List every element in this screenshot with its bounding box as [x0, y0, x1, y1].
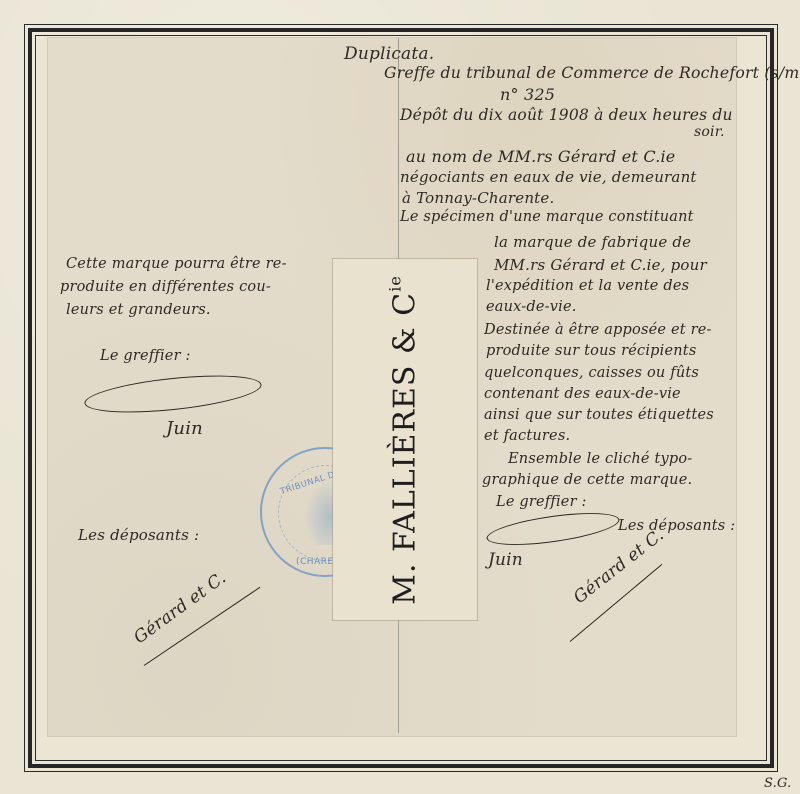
- body-line-3: à Tonnay-Charente.: [402, 189, 554, 207]
- label-brand-name: M. FALLIÈRES & C: [388, 291, 423, 604]
- body-line-10: produite sur tous récipients: [486, 343, 696, 359]
- body-line-8: eaux-de-vie.: [486, 299, 577, 315]
- right-deposants-label: Les déposants :: [618, 518, 735, 534]
- right-greffier-label: Le greffier :: [496, 494, 587, 510]
- left-greffier-label: Le greffier :: [100, 348, 191, 364]
- left-note-line-3: leurs et grandeurs.: [66, 302, 211, 318]
- copy-mark: Duplicata.: [344, 44, 434, 64]
- body-line-11: quelconques, caisses ou fûts: [484, 365, 699, 381]
- trademark-label-specimen: M. FALLIÈRES & Cie: [333, 259, 477, 620]
- body-line-7: l'expédition et la vente des: [486, 278, 689, 294]
- archive-corner-mark: S.G.: [764, 776, 791, 791]
- right-greffier-name: Juin: [488, 550, 523, 570]
- deposit-number: n° 325: [500, 85, 555, 104]
- body-line-6: MM.rs Gérard et C.ie, pour: [494, 256, 707, 274]
- body-line-5: la marque de fabrique de: [494, 233, 691, 251]
- body-line-12: contenant des eaux-de-vie: [484, 386, 681, 402]
- body-line-14: et factures.: [484, 428, 570, 444]
- body-line-2: négociants en eaux de vie, demeurant: [400, 168, 697, 186]
- archive-mount: Duplicata. Greffe du tribunal de Commerc…: [0, 0, 800, 794]
- body-line-4: Le spécimen d'une marque constituant: [400, 209, 694, 225]
- deposit-date-line: Dépôt du dix août 1908 à deux heures du: [400, 106, 733, 124]
- label-brand-text: M. FALLIÈRES & Cie: [388, 275, 423, 605]
- left-deposants-label: Les déposants :: [78, 526, 199, 544]
- body-line-1: au nom de MM.rs Gérard et C.ie: [406, 147, 675, 166]
- registry-heading: Greffe du tribunal de Commerce de Rochef…: [384, 63, 800, 82]
- deposit-time-suffix: soir.: [694, 124, 725, 140]
- label-brand-superscript: ie: [386, 275, 405, 292]
- body-line-9: Destinée à être apposée et re-: [484, 322, 712, 338]
- left-note-line-1: Cette marque pourra être re-: [66, 256, 287, 272]
- left-note-line-2: produite en différentes cou-: [60, 279, 271, 295]
- body-line-15: Ensemble le cliché typo-: [508, 451, 692, 467]
- body-line-13: ainsi que sur toutes étiquettes: [484, 407, 714, 423]
- left-greffier-name: Juin: [166, 418, 203, 439]
- body-line-16: graphique de cette marque.: [482, 472, 692, 488]
